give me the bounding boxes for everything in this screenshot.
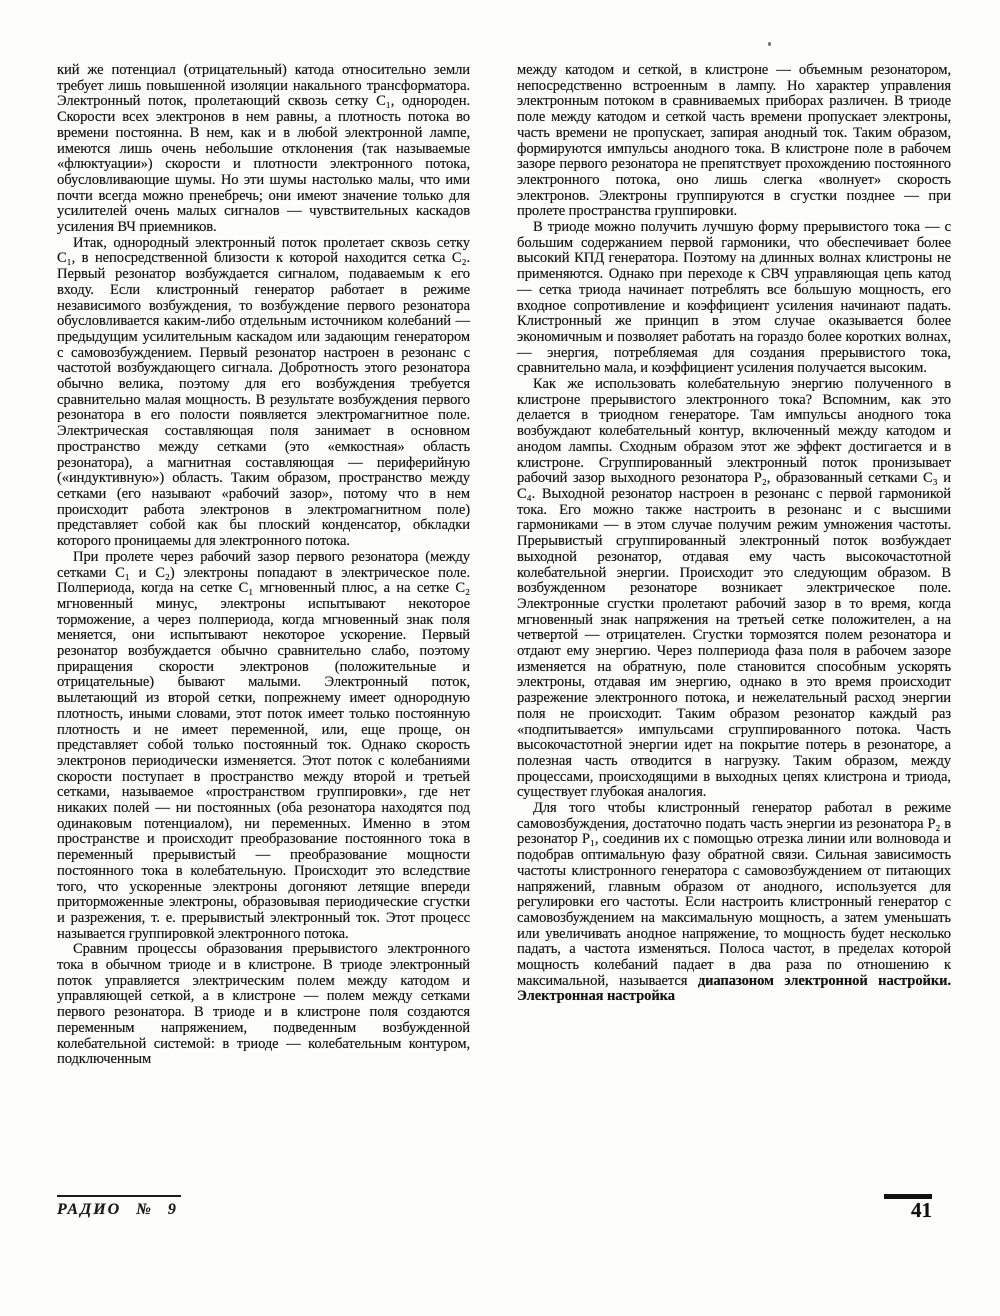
page-number: 41 [884,1199,932,1221]
paragraph: Итак, однородный электронный поток проле… [57,236,470,550]
scan-artifact-dot [768,42,771,46]
footer-rule [57,1195,181,1197]
journal-title: РАДИО № 9 [57,1201,181,1219]
paragraph-continuation: между катодом и сеткой, в клистроне — об… [517,63,951,220]
left-column: кий же потенциал (отрицательный) катода … [57,63,470,1068]
paragraph-continuation: кий же потенциал (отрицательный) катода … [57,63,470,236]
right-column: между катодом и сеткой, в клистроне — об… [517,63,951,1068]
text-columns: кий же потенциал (отрицательный) катода … [57,63,951,1068]
journal-footer: РАДИО № 9 [57,1195,181,1219]
paragraph: Сравним процессы образования прерывистог… [57,942,470,1068]
paragraph: Как же использовать колебательную энерги… [517,377,951,801]
magazine-page-scan: кий же потенциал (отрицательный) катода … [0,0,1000,1316]
paragraph: При пролете через рабочий зазор первого … [57,550,470,943]
paragraph-text: Для того чтобы клистронный генератор раб… [517,800,951,989]
paragraph: В триоде можно получить лучшую форму пре… [517,220,951,377]
page-number-block: 41 [884,1194,932,1221]
paragraph: Для того чтобы клистронный генератор раб… [517,801,951,1005]
